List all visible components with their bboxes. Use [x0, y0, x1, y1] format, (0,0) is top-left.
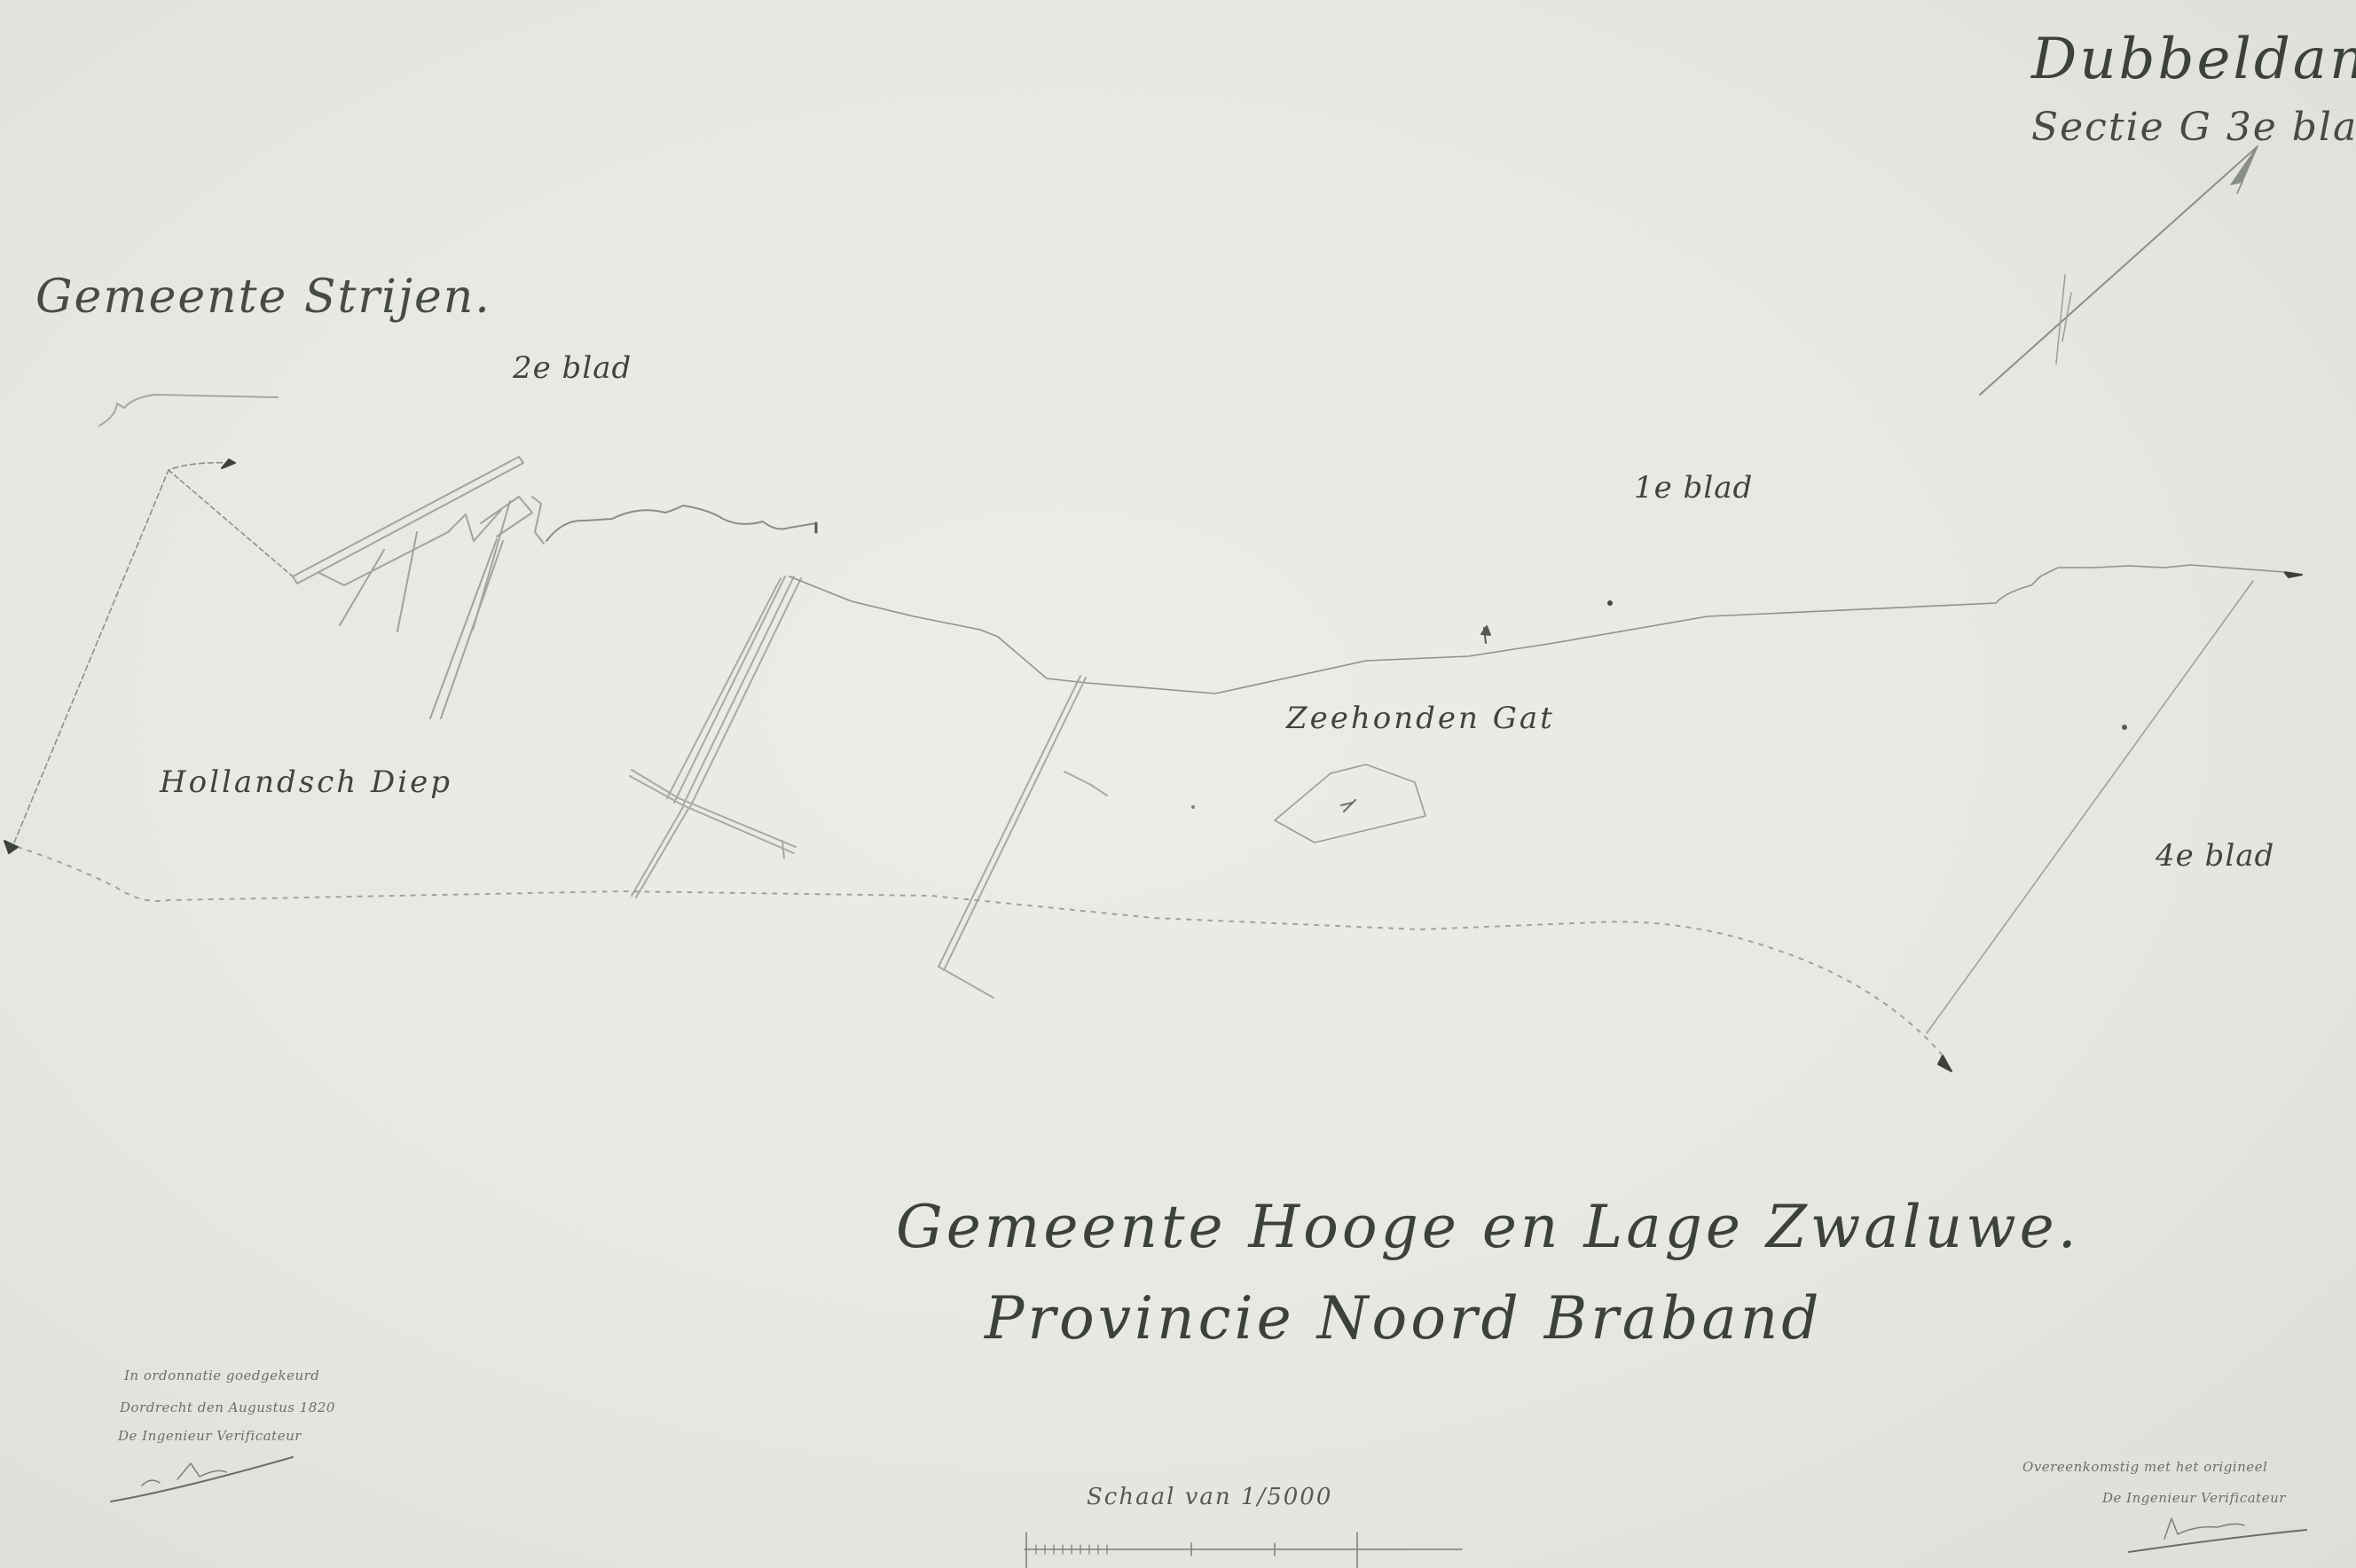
main-dike [630, 576, 801, 898]
province-title: Provincie Noord Braband [985, 1284, 1822, 1352]
neighbor-municipality-north: Gemeente Strijen. [35, 270, 491, 324]
groynes-west [293, 457, 544, 718]
cadastral-map-sheet: Dubbeldam. Sectie G 3e blad Gemeente Str… [0, 0, 2356, 1568]
sheet-ref-2: 2e blad [513, 350, 632, 386]
shoreline-north-east [1708, 565, 2191, 616]
groyne-east [938, 676, 1107, 998]
shoreline-north-west [546, 506, 816, 541]
municipality-title: Dubbeldam. [2031, 27, 2356, 92]
boundary-northwest [169, 470, 293, 576]
neighbor-municipality-south: Gemeente Hooge en Lage Zwaluwe. [896, 1193, 2080, 1261]
water-label-zeehonden-gat: Zeehonden Gat [1286, 701, 1555, 736]
cert-left-line1: In ordonnatie goedgekeurd [124, 1368, 319, 1384]
north-arrow-icon [1980, 146, 2258, 395]
section-title: Sectie G 3e blad [2031, 105, 2356, 150]
cert-right-line1: Overeenkomstig met het origineel [2022, 1459, 2267, 1475]
scale-label: Schaal van 1/5000 [1087, 1484, 1332, 1510]
cert-right-line2: De Ingenieur Verificateur [2102, 1490, 2286, 1506]
signature-left [111, 1457, 293, 1501]
boundary-east [1927, 581, 2253, 1033]
shoreline-north-middle [789, 576, 1708, 694]
sheet-ref-4: 4e blad [2156, 838, 2274, 874]
water-label-hollandsch-diep: Hollandsch Diep [160, 764, 452, 800]
scale-bar [1025, 1533, 1462, 1568]
signature-right [2129, 1530, 2306, 1552]
sheet-ref-1: 1e blad [1634, 470, 1753, 506]
dotted-boundary-south [18, 847, 1943, 1055]
boundary-fragment [99, 395, 278, 426]
cert-left-line3: De Ingenieur Verificateur [118, 1428, 302, 1444]
cert-left-line2: Dordrecht den Augustus 1820 [120, 1399, 335, 1415]
